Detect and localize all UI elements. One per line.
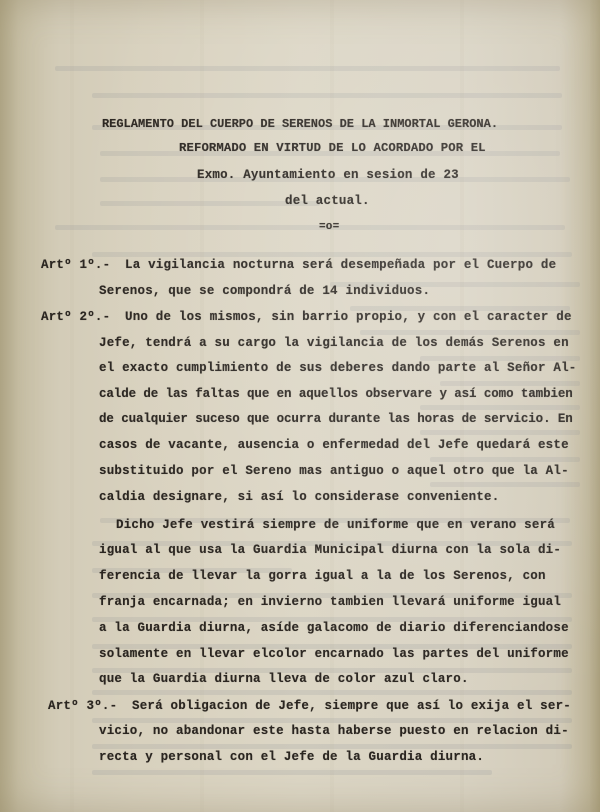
article-paragraph-line: que la Guardia diurna lleva de color azu… xyxy=(99,672,469,686)
article-line: casos de vacante, ausencia o enfermedad … xyxy=(99,438,569,452)
title-line-3: Exmo. Ayuntamiento en sesion de 23 xyxy=(197,168,459,182)
article-line: La vigilancia nocturna será desempeñada … xyxy=(125,258,556,272)
article-paragraph-line: solamente en llevar elcolor encarnado la… xyxy=(99,647,569,661)
article-line: Jefe, tendrá a su cargo la vigilancia de… xyxy=(99,336,569,350)
article-paragraph-line: a la Guardia diurna, asíde galacomo de d… xyxy=(99,621,569,635)
article-line: el exacto cumplimiento de sus deberes da… xyxy=(99,361,576,375)
article-line: Uno de los mismos, sin barrio propio, y … xyxy=(125,310,572,324)
title-line-1: REGLAMENTO DEL CUERPO DE SERENOS DE LA I… xyxy=(0,117,600,131)
article-line: substituido por el Sereno mas antiguo o … xyxy=(99,464,569,478)
article-line: calde de las faltas que en aquellos obse… xyxy=(99,387,573,401)
article-line: de cualquier suceso que ocurra durante l… xyxy=(99,412,573,426)
article-line: vicio, no abandonar este hasta haberse p… xyxy=(99,724,569,738)
article-label: Artº 2º.- xyxy=(41,310,110,324)
typewritten-page: REGLAMENTO DEL CUERPO DE SERENOS DE LA I… xyxy=(0,0,600,812)
article-line: caldia designare, si así lo considerase … xyxy=(99,490,499,504)
article-line: recta y personal con el Jefe de la Guard… xyxy=(99,750,484,764)
title-separator: =o= xyxy=(319,221,339,233)
article-label: Artº 3º.- xyxy=(48,699,117,713)
article-line: Serenos, que se compondrá de 14 individu… xyxy=(99,284,430,298)
article-paragraph-line: ferencia de llevar la gorra igual a la d… xyxy=(99,569,546,583)
article-label: Artº 1º.- xyxy=(41,258,110,272)
article-paragraph-line: igual al que usa la Guardia Municipal di… xyxy=(99,543,561,557)
title-line-2: REFORMADO EN VIRTUD DE LO ACORDADO POR E… xyxy=(179,141,486,155)
article-paragraph-line: Dicho Jefe vestirá siempre de uniforme q… xyxy=(116,518,555,532)
article-line: Será obligacion de Jefe, siempre que así… xyxy=(132,699,571,713)
article-paragraph-line: franja encarnada; en invierno tambien ll… xyxy=(99,595,561,609)
title-line-4: del actual. xyxy=(285,194,370,208)
